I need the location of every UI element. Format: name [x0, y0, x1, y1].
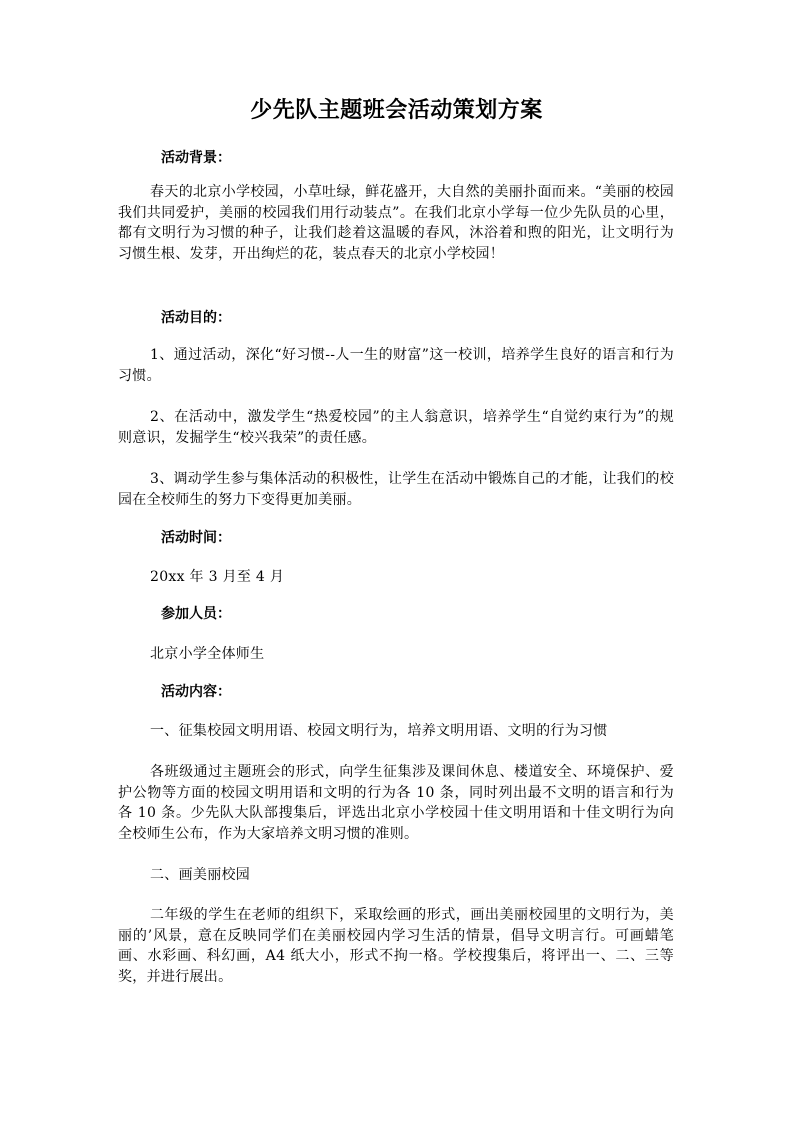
purpose-item-2: 2、在活动中，激发学生“热爱校园”的主人翁意识，培养学生“自觉约束行为”的规则意… [118, 407, 674, 448]
time-value: 20xx 年 3 月至 4 月 [150, 567, 284, 587]
purpose-item-1: 1、通过活动，深化“好习惯--人一生的财富”这一校训，培养学生良好的语言和行为习… [118, 345, 674, 386]
document-page: 少先队主题班会活动策划方案 活动背景： 春天的北京小学校园，小草吐绿，鲜花盛开，… [0, 0, 793, 1122]
heading-purpose: 活动目的： [161, 308, 231, 328]
content-part1-body: 各班级通过主题班会的形式，向学生征集涉及课间休息、楼道安全、环境保护、爱护公物等… [118, 762, 674, 844]
content-part1-title: 一、征集校园文明用语、校园文明行为，培养文明用语、文明的行为习惯 [150, 721, 608, 741]
heading-content: 活动内容： [161, 682, 231, 702]
document-title: 少先队主题班会活动策划方案 [0, 96, 793, 126]
participants-value: 北京小学全体师生 [150, 644, 264, 664]
content-part2-body: 二年级的学生在老师的组织下，采取绘画的形式，画出美丽校园里的文明行为，美丽的’风… [118, 905, 674, 987]
purpose-item-3: 3、调动学生参与集体活动的积极性，让学生在活动中锻炼自己的才能，让我们的校园在全… [118, 469, 674, 510]
heading-time: 活动时间： [161, 528, 231, 548]
heading-background: 活动背景： [161, 148, 231, 168]
paragraph-background: 春天的北京小学校园，小草吐绿，鲜花盛开，大自然的美丽扑面而来。“美丽的校园我们共… [118, 182, 674, 264]
content-part2-title: 二、画美丽校园 [150, 865, 250, 885]
heading-participants: 参加人员： [161, 604, 231, 624]
